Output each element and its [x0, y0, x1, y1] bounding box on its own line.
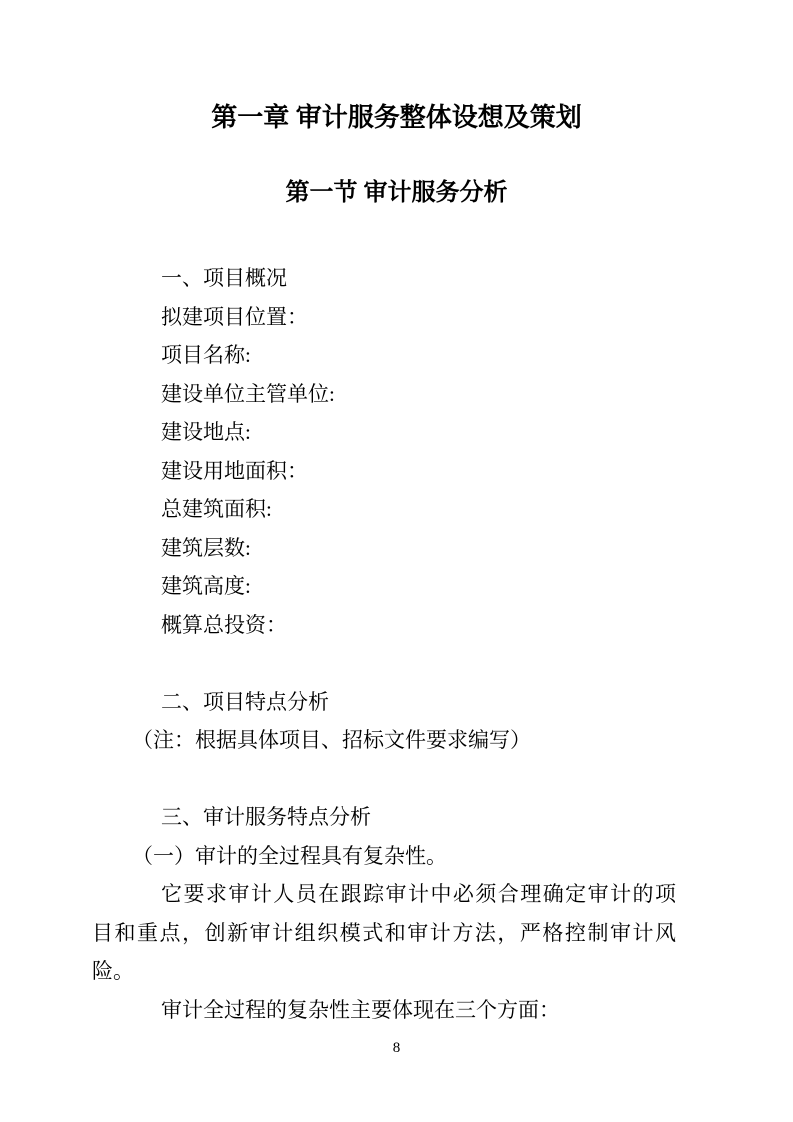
features-heading: 二、项目特点分析: [92, 683, 676, 722]
audit-point1: （一）审计的全过程具有复杂性。: [92, 837, 676, 876]
field-line-building-floors: 建筑层数:: [92, 529, 676, 568]
audit-features-heading: 三、审计服务特点分析: [92, 798, 676, 837]
chapter-title: 第一章 审计服务整体设想及策划: [0, 0, 793, 139]
field-line-estimated-investment: 概算总投资：: [92, 606, 676, 645]
field-line-project-location: 拟建项目位置：: [92, 298, 676, 337]
paragraph-line-1: 它要求审计人员在跟踪审计中必须合理确定审计的项: [92, 875, 676, 914]
field-line-total-floor-area: 总建筑面积:: [92, 490, 676, 529]
overview-heading: 一、项目概况: [92, 259, 676, 298]
features-note: （注：根据具体项目、招标文件要求编写）: [92, 721, 676, 760]
paragraph-2: 审计全过程的复杂性主要体现在三个方面：: [92, 991, 676, 1030]
document-body: 一、项目概况 拟建项目位置： 项目名称: 建设单位主管单位: 建设地点: 建设用…: [92, 259, 676, 1029]
field-line-construction-site: 建设地点:: [92, 413, 676, 452]
field-line-land-area: 建设用地面积：: [92, 452, 676, 491]
section-title: 第一节 审计服务分析: [0, 173, 793, 213]
page-number: 8: [0, 1038, 793, 1058]
field-line-project-name: 项目名称:: [92, 336, 676, 375]
document-page: 第一章 审计服务整体设想及策划 第一节 审计服务分析 一、项目概况 拟建项目位置…: [0, 0, 793, 1122]
field-line-competent-unit: 建设单位主管单位:: [92, 375, 676, 414]
paragraph-line-2: 目和重点，创新审计组织模式和审计方法，严格控制审计风: [92, 914, 676, 953]
field-line-building-height: 建筑高度:: [92, 567, 676, 606]
paragraph-line-3: 险。: [92, 952, 676, 991]
